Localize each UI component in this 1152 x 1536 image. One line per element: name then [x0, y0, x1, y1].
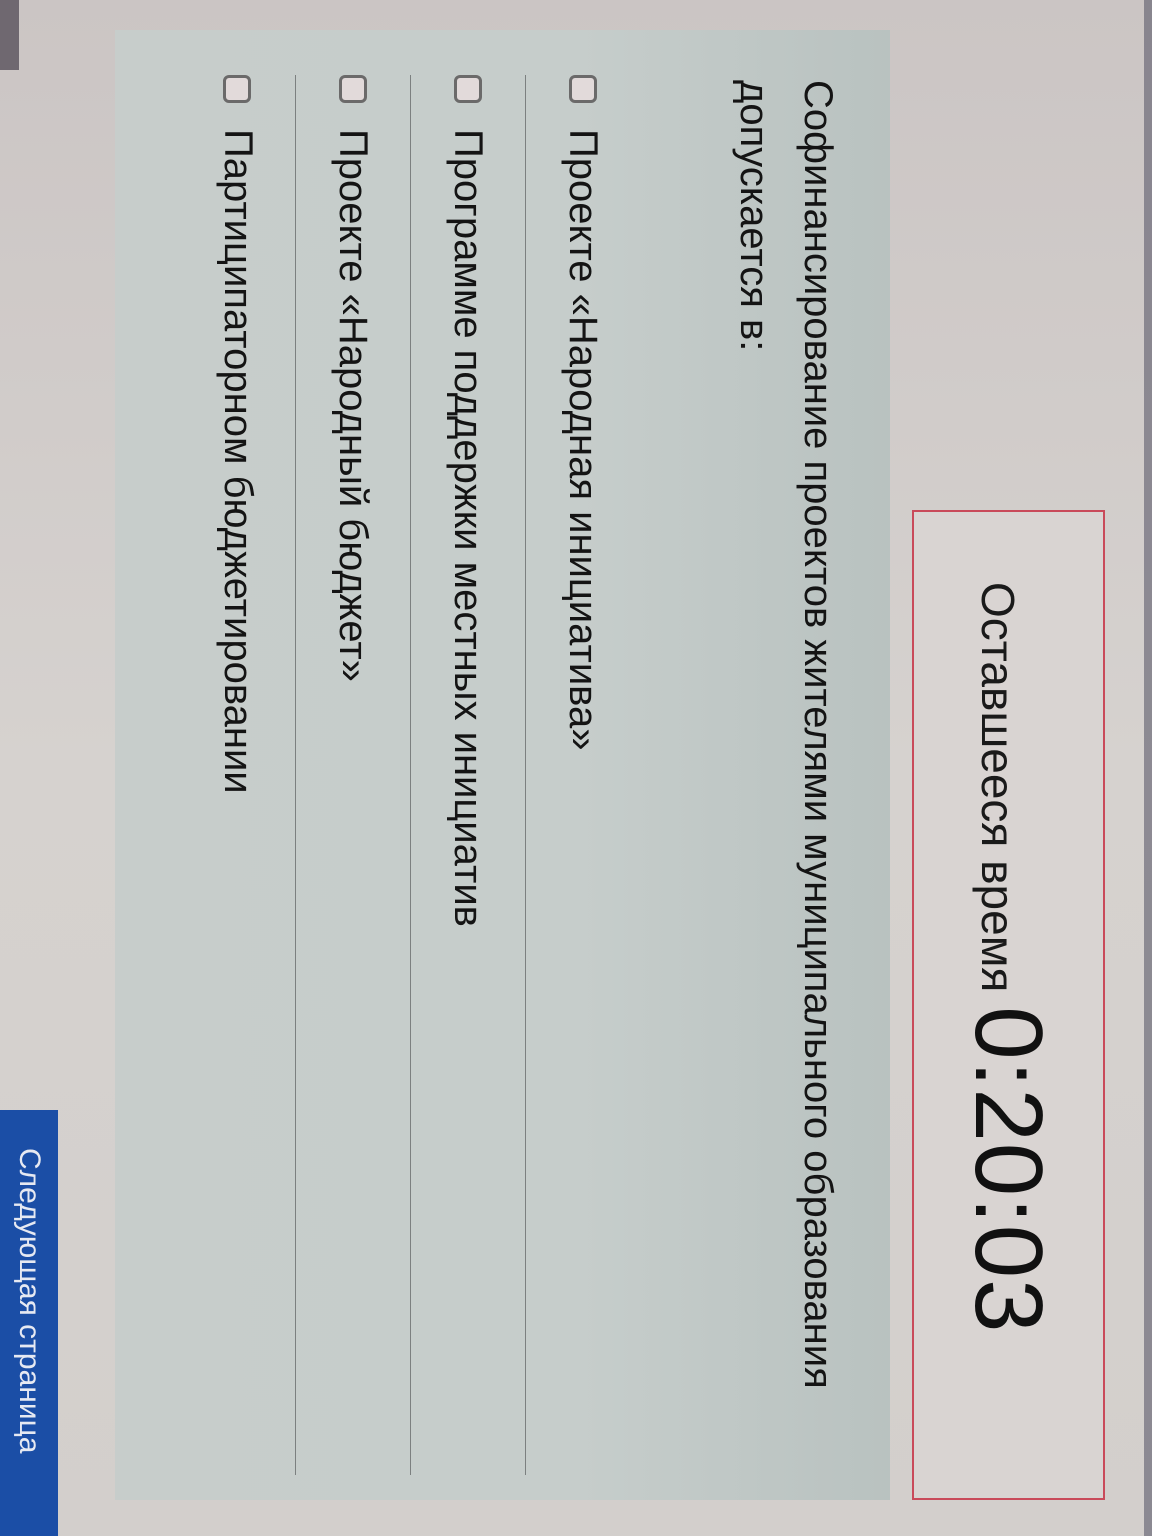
answer-option[interactable]: Партиципаторном бюджетировании	[180, 75, 295, 1475]
timer-value: 0:20:03	[954, 1006, 1064, 1333]
option-label: Программе поддержки местных инициатив	[446, 129, 491, 927]
question-text: Софинансирование проектов жителями муниц…	[722, 80, 850, 1460]
option-label: Партиципаторном бюджетировании	[215, 129, 260, 794]
timer-box: Оставшееся время 0:20:03	[912, 510, 1105, 1500]
checkbox-icon[interactable]	[339, 75, 367, 103]
option-label: Проекте «Народный бюджет»	[331, 129, 376, 682]
question-panel: Софинансирование проектов жителями муниц…	[115, 30, 890, 1500]
answer-option[interactable]: Проекте «Народная инициатива»	[525, 75, 640, 1475]
monitor-bezel	[1144, 0, 1152, 1536]
checkbox-icon[interactable]	[224, 75, 252, 103]
timer-label: Оставшееся время	[972, 582, 1026, 992]
answer-option[interactable]: Проекте «Народный бюджет»	[295, 75, 410, 1475]
answer-option[interactable]: Программе поддержки местных инициатив	[410, 75, 525, 1475]
quiz-page: Оставшееся время 0:20:03 Софинансировани…	[0, 0, 1152, 1536]
option-label: Проекте «Народная инициатива»	[561, 129, 606, 750]
checkbox-icon[interactable]	[569, 75, 597, 103]
answer-options: Проекте «Народная инициатива» Программе …	[180, 75, 640, 1475]
next-page-button[interactable]: Следующая страница	[0, 1110, 58, 1536]
window-edge	[0, 0, 19, 70]
checkbox-icon[interactable]	[454, 75, 482, 103]
